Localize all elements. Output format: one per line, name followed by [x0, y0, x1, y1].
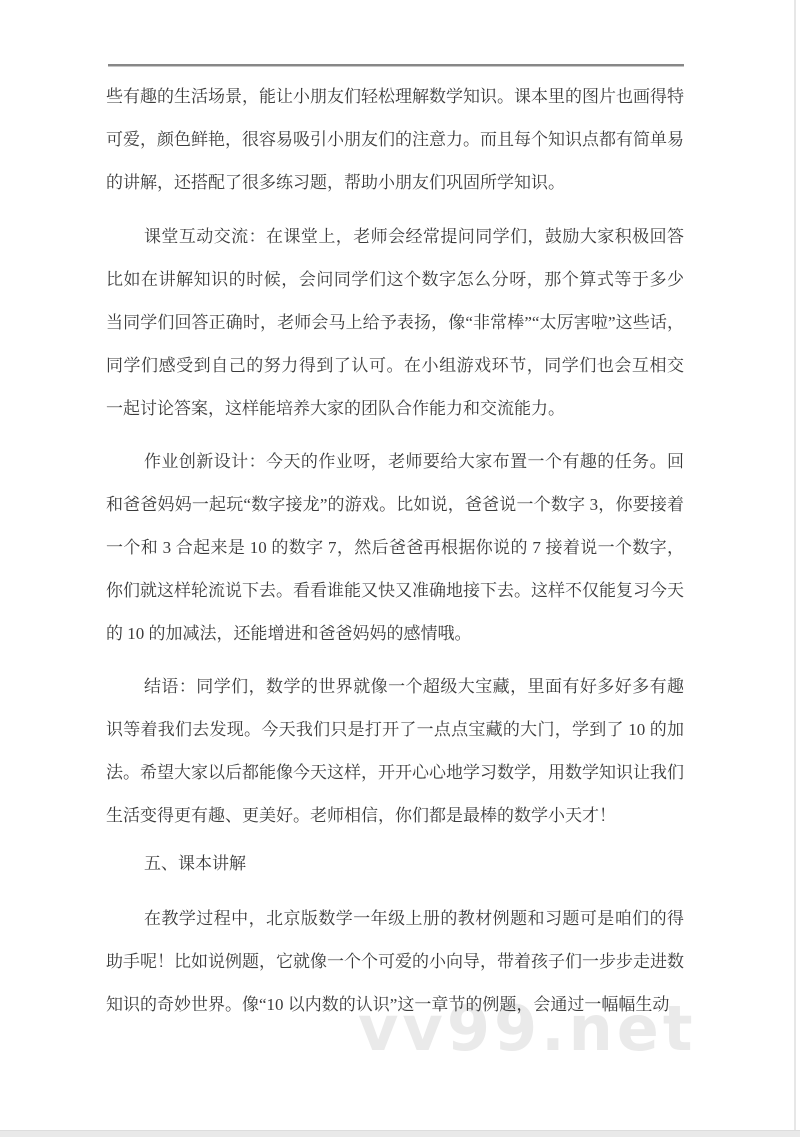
page-bottom-bar: [0, 1130, 800, 1137]
document-page: 些有趣的生活场景，能让小朋友们轻松理解数学知识。课本里的图片也画得特别 可爱，颜…: [0, 0, 800, 1137]
header-rule: [108, 64, 684, 66]
text-line: 一起讨论答案，这样能培养大家的团队合作能力和交流能力。: [106, 387, 684, 430]
text-line: 结语：同学们，数学的世界就像一个超级大宝藏，里面有好多好多有趣的知: [106, 665, 684, 708]
text-line: 的讲解，还搭配了很多练习题，帮助小朋友们巩固所学知识。: [106, 161, 684, 204]
paragraph-classroom-interaction: 课堂互动交流：在课堂上，老师会经常提问同学们，鼓励大家积极回答问题。 比如在讲解…: [106, 215, 684, 430]
text-line: 课堂互动交流：在课堂上，老师会经常提问同学们，鼓励大家积极回答问题。: [106, 215, 684, 258]
page-edge-line: [794, 0, 796, 1137]
text-line: 比如在讲解知识的时候，会问同学们这个数字怎么分呀，那个算式等于多少呀。: [106, 258, 684, 301]
text-line: 识等着我们去发现。今天我们只是打开了一点点宝藏的大门，学到了 10 的加减: [106, 708, 684, 751]
paragraph-textbook-explanation: 在教学过程中，北京版数学一年级上册的教材例题和习题可是咱们的得力小 助手呢！比如…: [106, 897, 684, 1026]
text-line: 知识的奇妙世界。像“10 以内数的认识”这一章节的例题，会通过一幅幅生动有趣: [106, 983, 684, 1026]
text-line: 可爱，颜色鲜艳，很容易吸引小朋友们的注意力。而且每个知识点都有简单易懂: [106, 118, 684, 161]
text-line: 当同学们回答正确时，老师会马上给予表扬，像“非常棒”“太厉害啦”这些话，让: [106, 301, 684, 344]
text-line: 生活变得更有趣、更美好。老师相信，你们都是最棒的数学小天才！: [106, 794, 684, 837]
text-line: 一个和 3 合起来是 10 的数字 7，然后爸爸再根据你说的 7 接着说一个数字…: [106, 526, 684, 569]
text-line: 助手呢！比如说例题，它就像一个个可爱的小向导，带着孩子们一步步走进数学: [106, 940, 684, 983]
text-line: 法。希望大家以后都能像今天这样，开开心心地学习数学，用数学知识让我们的: [106, 751, 684, 794]
text-line: 的 10 的加减法，还能增进和爸爸妈妈的感情哦。: [106, 612, 684, 655]
paragraph-homework-innovation: 作业创新设计：今天的作业呀，老师要给大家布置一个有趣的任务。回家后， 和爸爸妈妈…: [106, 440, 684, 655]
text-line: 在教学过程中，北京版数学一年级上册的教材例题和习题可是咱们的得力小: [106, 897, 684, 940]
text-line: 同学们感受到自己的努力得到了认可。在小组游戏环节，同学们也会互相交流，: [106, 344, 684, 387]
paragraph-conclusion: 结语：同学们，数学的世界就像一个超级大宝藏，里面有好多好多有趣的知 识等着我们去…: [106, 665, 684, 837]
text-line: 你们就这样轮流说下去。看看谁能又快又准确地接下去。这样不仅能复习今天学: [106, 569, 684, 612]
text-line: 和爸爸妈妈一起玩“数字接龙”的游戏。比如说，爸爸说一个数字 3，你要接着说: [106, 483, 684, 526]
text-line: 些有趣的生活场景，能让小朋友们轻松理解数学知识。课本里的图片也画得特别: [106, 75, 684, 118]
paragraph-textbook-features-continued: 些有趣的生活场景，能让小朋友们轻松理解数学知识。课本里的图片也画得特别 可爱，颜…: [106, 75, 684, 204]
text-line: 作业创新设计：今天的作业呀，老师要给大家布置一个有趣的任务。回家后，: [106, 440, 684, 483]
section-heading-5: 五、课本讲解: [106, 842, 684, 885]
